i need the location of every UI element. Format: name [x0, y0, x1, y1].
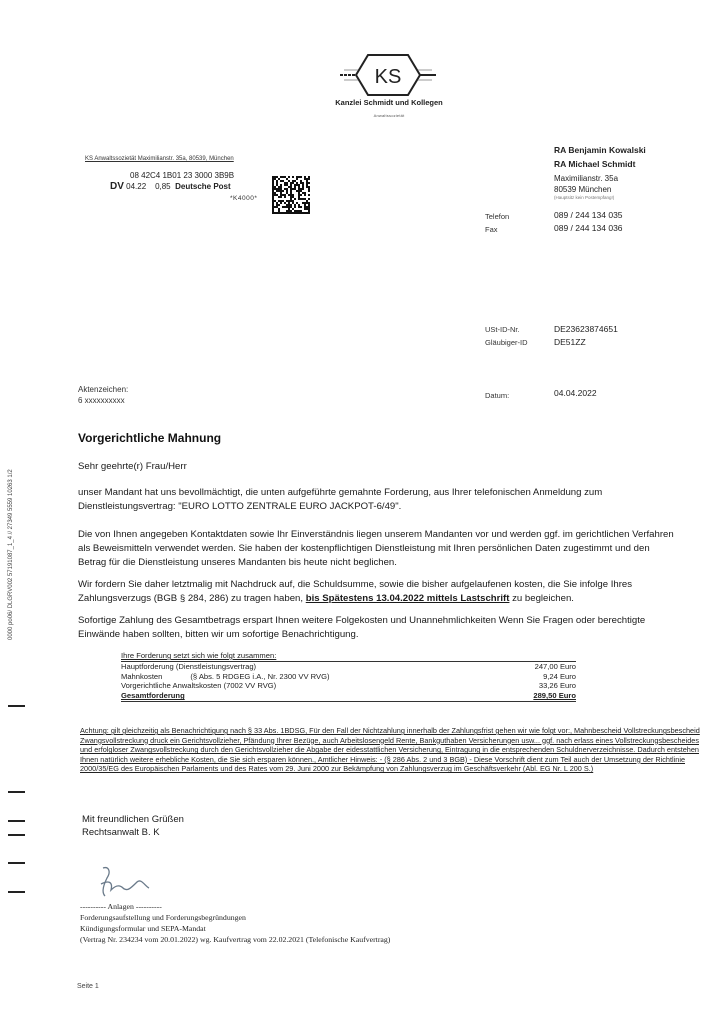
fold-mark — [8, 791, 25, 793]
fax-label: Fax — [485, 225, 498, 234]
paragraph-payment-request: Sofortige Zahlung des Gesamtbetrags ersp… — [78, 614, 678, 642]
enclosure-item: Forderungsaufstellung und Forderungsbegr… — [80, 912, 390, 923]
firm-logo-icon: KS — [338, 52, 438, 98]
fax-number: 089 / 244 134 036 — [554, 223, 623, 233]
vat-id-label: USt-ID-Nr. — [485, 325, 520, 334]
firm-type: Anwaltssozietät — [300, 113, 478, 118]
claim-table: Ihre Forderung setzt sich wie folgt zusa… — [121, 651, 576, 702]
enclosure-item: (Vertrag Nr. 234234 vom 20.01.2022) wg. … — [80, 934, 390, 945]
vat-id: DE23623874651 — [554, 324, 618, 334]
enclosures-heading: ---------- Anlagen ---------- — [80, 901, 390, 912]
table-row: Hauptforderung (Dienstleistungsvertrag) … — [121, 662, 576, 672]
franking-date: 04.22 — [126, 182, 146, 191]
side-print-code: 0000 po06/ DLGRV002 57191087_1_4 // 2734… — [8, 469, 14, 640]
phone-label: Telefon — [485, 212, 509, 221]
fold-mark — [8, 820, 25, 822]
creditor-id: DE51ZZ — [554, 337, 586, 347]
franking-code: 08 42C4 1B01 23 3000 3B9B — [130, 171, 234, 180]
payment-deadline: bis Spätestens 13.04.2022 mittels Lastsc… — [306, 593, 510, 604]
reference-label: Aktenzeichen: — [78, 385, 128, 394]
firm-name: Kanzlei Schmidt und Kollegen — [300, 98, 478, 107]
fold-mark — [8, 834, 25, 836]
paragraph-mandate: unser Mandant hat uns bevollmächtigt, di… — [78, 486, 678, 514]
signature-icon — [95, 862, 155, 902]
claim-total-row: Gesamtforderung 289,50 Euro — [121, 691, 576, 702]
reference-number: 6 xxxxxxxxxx — [78, 396, 125, 405]
franking-dv: DV — [110, 181, 124, 192]
fold-mark — [8, 891, 25, 893]
office-note: (Hauptsitz kein Postempfang!) — [554, 195, 614, 200]
enclosure-item: Kündigungsformular und SEPA-Mandat — [80, 923, 390, 934]
phone-number: 089 / 244 134 035 — [554, 210, 623, 220]
page-number: Seite 1 — [77, 983, 99, 990]
office-city: 80539 München — [554, 185, 611, 194]
franking-k-code: *K4000* — [230, 195, 257, 202]
legal-warning: Achtung: gilt gleichzeitig als Benachric… — [80, 726, 705, 774]
svg-text:KS: KS — [375, 66, 402, 88]
date-label: Datum: — [485, 391, 509, 400]
creditor-id-label: Gläubiger-ID — [485, 338, 528, 347]
salutation: Sehr geehrte(r) Frau/Herr — [78, 460, 678, 474]
franking-line: DV 04.22 0,85 Deutsche Post — [110, 181, 231, 192]
franking-amount: 0,85 — [155, 182, 171, 191]
fold-mark — [8, 705, 25, 707]
franking-carrier: Deutsche Post — [175, 182, 231, 191]
closing: Mit freundlichen Grüßen Rechtsanwalt B. … — [82, 813, 184, 839]
letter-date: 04.04.2022 — [554, 388, 597, 398]
paragraph-demand: Wir fordern Sie daher letztmalig mit Nac… — [78, 578, 678, 606]
claim-table-header: Ihre Forderung setzt sich wie folgt zusa… — [121, 651, 576, 662]
lawyer-name: RA Michael Schmidt — [554, 159, 635, 169]
table-row: Mahnkosten (§ Abs. 5 RDGEG i.A., Nr. 230… — [121, 672, 576, 682]
signer-name: Rechtsanwalt B. K — [82, 826, 184, 839]
fold-mark — [8, 862, 25, 864]
lawyer-name: RA Benjamin Kowalski — [554, 145, 646, 155]
enclosures: ---------- Anlagen ---------- Forderungs… — [80, 901, 390, 945]
datamatrix-code-icon — [272, 176, 310, 214]
closing-greeting: Mit freundlichen Grüßen — [82, 813, 184, 826]
paragraph-consent: Die von Ihnen angegeben Kontaktdaten sow… — [78, 528, 678, 570]
table-row: Vorgerichtliche Anwaltskosten (7002 VV R… — [121, 681, 576, 691]
office-street: Maximilianstr. 35a — [554, 174, 618, 183]
document-title: Vorgerichtliche Mahnung — [78, 431, 221, 445]
sender-return-address: KS Anwaltssozietät Maximilianstr. 35a, 8… — [85, 156, 234, 162]
